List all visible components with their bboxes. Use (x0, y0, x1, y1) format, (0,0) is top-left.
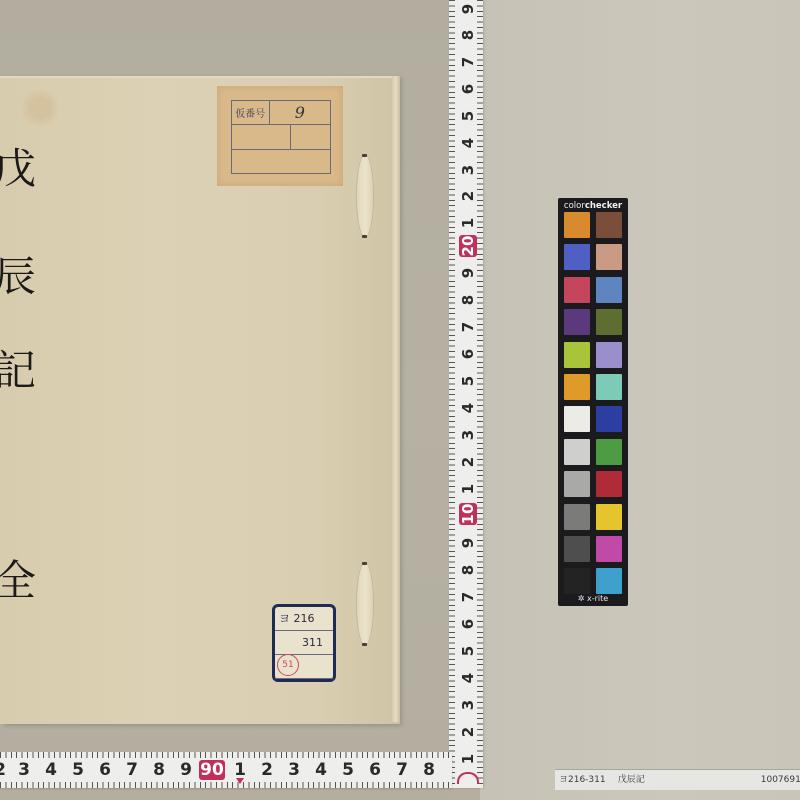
ruler-number: 9 (178, 760, 194, 780)
color-checker-title: colorchecker (558, 201, 628, 211)
ruler-number: 7 (394, 760, 410, 780)
horizontal-ruler: 2 3 4 5 6 7 8 9 90 1 2 3 4 5 6 7 8 (0, 752, 452, 788)
ruler-number: 5 (70, 760, 86, 780)
ruler-number: 2 (259, 760, 275, 780)
color-swatch (596, 309, 622, 335)
ruler-number: 8 (421, 760, 437, 780)
ruler-number: 3 (459, 425, 477, 445)
call-number-label: ヨ 216 311 51 (272, 604, 336, 682)
xrite-logo-icon: ✲ (578, 594, 585, 603)
ruler-ticks-top (0, 752, 452, 758)
ruler-number: 4 (459, 668, 477, 688)
ruler-number: 1 (459, 749, 477, 769)
ruler-number: 6 (97, 760, 113, 780)
ruler-number: 5 (459, 641, 477, 661)
ruler-number: 5 (459, 371, 477, 391)
color-swatch (564, 342, 590, 368)
ruler-number: 8 (459, 25, 477, 45)
caption-id: 100769169 (761, 770, 800, 790)
ruler-number: 5 (340, 760, 356, 780)
ruler-number: 3 (16, 760, 32, 780)
color-swatch (596, 374, 622, 400)
red-seal-stamp: 51 (277, 654, 299, 676)
xrite-brand: ✲ x-rite (558, 594, 628, 603)
ruler-ticks-left (449, 0, 455, 788)
ruler-number-highlight: 90 (199, 760, 225, 780)
color-swatch (596, 568, 622, 594)
caption-call-number: ヨ216-311 (559, 770, 615, 790)
ruler-number: 3 (286, 760, 302, 780)
call-number-line-1: ヨ 216 (275, 607, 333, 631)
ruler-highlight-20: 20 (459, 235, 477, 258)
color-swatch (564, 212, 590, 238)
title-bold: checker (585, 201, 622, 211)
label-empty-cell (232, 149, 331, 173)
ruler-number: 1 (459, 213, 477, 233)
ruler-number: 2 (459, 722, 477, 742)
color-swatch (596, 536, 622, 562)
ruler-number: 4 (459, 133, 477, 153)
ruler-number: 6 (367, 760, 383, 780)
color-swatch (596, 471, 622, 497)
title-char-2: 辰 (0, 256, 36, 298)
caption-strip: ヨ216-311 戊辰記 100769169 (555, 769, 800, 790)
ruler-zero-mark (457, 772, 479, 784)
color-swatch (596, 504, 622, 530)
label-number-cell: 9 (269, 101, 330, 125)
ruler-number: 4 (43, 760, 59, 780)
color-checker-card: colorchecker ✲ x-rite (558, 198, 628, 606)
color-swatch (564, 406, 590, 432)
color-swatch (596, 342, 622, 368)
ruler-number: 1 (459, 479, 477, 499)
color-swatch (564, 439, 590, 465)
ruler-number: 8 (151, 760, 167, 780)
ruler-number: 6 (459, 344, 477, 364)
color-swatch (596, 439, 622, 465)
ruler-number: 4 (459, 398, 477, 418)
background-right (480, 0, 800, 800)
color-swatch (564, 374, 590, 400)
ruler-number: 8 (459, 560, 477, 580)
title-char-1: 戊 (0, 148, 36, 190)
color-swatch (564, 504, 590, 530)
color-swatch (564, 244, 590, 270)
ruler-number-highlight: 20 (459, 234, 477, 258)
binding-stitch-bottom (356, 562, 374, 646)
binding-stitch-top (356, 154, 374, 238)
color-swatch (564, 568, 590, 594)
call-number-line-2: 311 (275, 631, 333, 655)
ruler-number: 5 (459, 106, 477, 126)
ruler-number: 3 (459, 160, 477, 180)
book-spine-edge (392, 76, 400, 722)
color-swatch (564, 471, 590, 497)
ruler-number: 6 (459, 79, 477, 99)
ruler-highlight-10: 10 (459, 503, 477, 526)
ruler-number: 7 (459, 317, 477, 337)
ruler-number: 2 (459, 452, 477, 472)
ruler-number-highlight: 10 (459, 502, 477, 526)
ruler-number: 7 (459, 587, 477, 607)
title-char-3: 記 (0, 350, 36, 392)
ruler-ticks-bottom (0, 782, 452, 788)
ruler-number: 9 (459, 533, 477, 553)
label-empty-cell (291, 125, 331, 149)
label-header-cell: 仮番号 (232, 101, 270, 125)
color-swatch (564, 277, 590, 303)
ruler-number: 1 (232, 760, 248, 780)
label-empty-cell (232, 125, 291, 149)
ruler-number: 2 (459, 186, 477, 206)
ruler-number: 3 (459, 695, 477, 715)
caption-title: 戊辰記 (618, 770, 758, 790)
ruler-number: 6 (459, 614, 477, 634)
color-swatch (564, 309, 590, 335)
ruler-number: 7 (124, 760, 140, 780)
ruler-number: 2 (0, 760, 8, 780)
color-swatch (564, 536, 590, 562)
ruler-number: 7 (459, 52, 477, 72)
color-swatch (596, 277, 622, 303)
brand-name: x-rite (587, 594, 608, 603)
vertical-ruler: 9 8 7 6 5 4 3 2 1 20 9 8 7 6 5 4 3 2 1 1… (449, 0, 483, 788)
ruler-number: 9 (459, 0, 477, 19)
title-light: color (564, 201, 585, 211)
provisional-number-label: 仮番号 9 (217, 86, 343, 186)
color-swatch (596, 244, 622, 270)
ruler-highlight-90: 90 (199, 760, 225, 780)
ruler-ticks-right (477, 0, 483, 788)
title-char-4: 全 (0, 560, 36, 602)
ruler-number: 8 (459, 290, 477, 310)
ruler-pointer-icon (236, 778, 244, 784)
color-swatch (596, 406, 622, 432)
ruler-number: 4 (313, 760, 329, 780)
color-swatch (596, 212, 622, 238)
label-grid: 仮番号 9 (231, 100, 331, 174)
ruler-number: 9 (459, 263, 477, 283)
